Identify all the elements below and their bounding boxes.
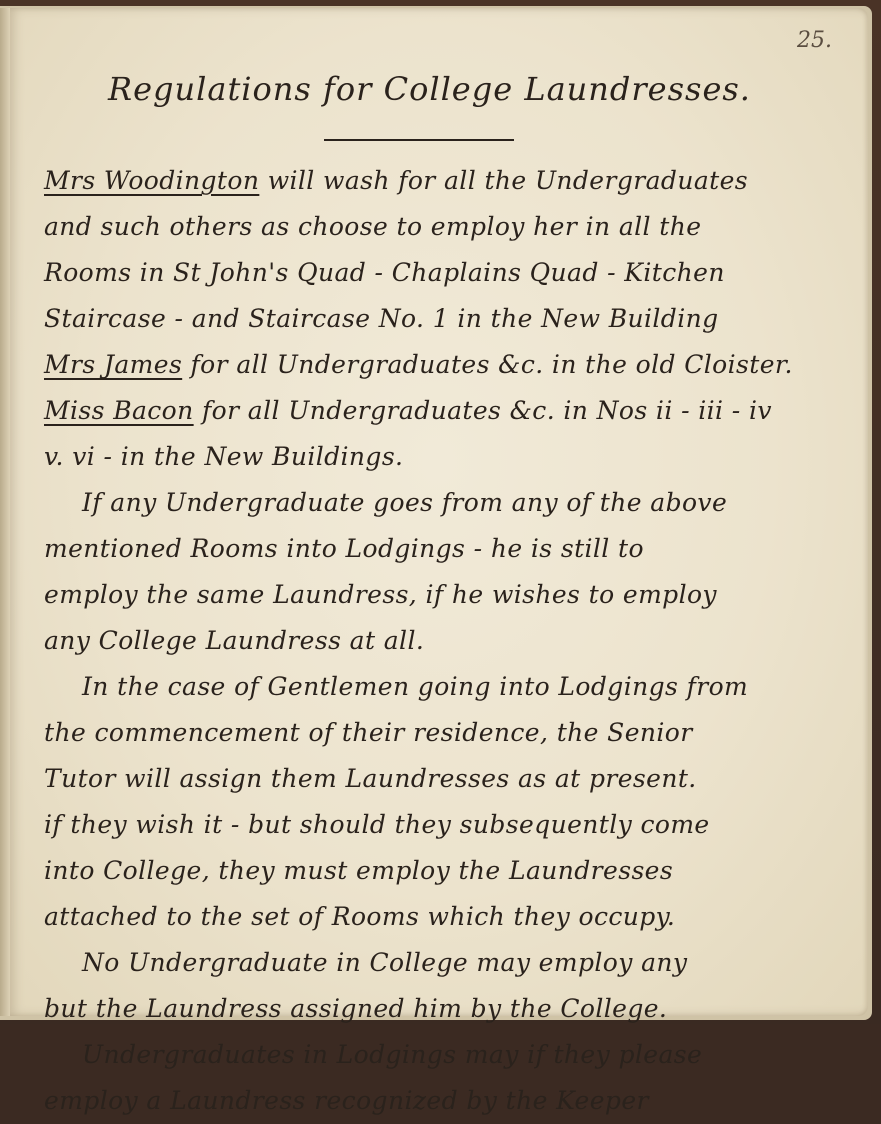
text-line: If any Undergraduate goes from any of th… xyxy=(44,480,874,526)
text-line: but the Laundress assigned him by the Co… xyxy=(44,986,874,1024)
text-line: the commencement of their residence, the… xyxy=(44,710,874,756)
title-underline xyxy=(324,139,514,141)
text-line: and such others as choose to employ her … xyxy=(44,204,874,250)
text-line: mentioned Rooms into Lodgings - he is st… xyxy=(44,526,874,572)
laundress-name: Miss Bacon xyxy=(44,396,194,425)
text-line: No Undergraduate in College may employ a… xyxy=(44,940,874,986)
book-scan: 25. Regulations for College Laundresses.… xyxy=(0,0,881,1024)
text-line: into College, they must employ the Laund… xyxy=(44,848,874,894)
laundress-name: Mrs Woodington xyxy=(44,166,259,195)
binding-gutter xyxy=(0,8,10,1016)
manuscript-body: Mrs Woodington will wash for all the Und… xyxy=(44,158,874,1024)
text-line: Rooms in St John's Quad - Chaplains Quad… xyxy=(44,250,874,296)
text-line: Staircase - and Staircase No. 1 in the N… xyxy=(44,296,874,342)
page-title: Regulations for College Laundresses. xyxy=(108,70,751,108)
text-line: if they wish it - but should they subseq… xyxy=(44,802,874,848)
text-line: v. vi - in the New Buildings. xyxy=(44,434,874,480)
text-line: Mrs Woodington will wash for all the Und… xyxy=(44,158,874,204)
text-line: In the case of Gentlemen going into Lodg… xyxy=(44,664,874,710)
text-line: Miss Bacon for all Undergraduates &c. in… xyxy=(44,388,874,434)
text-line: Tutor will assign them Laundresses as at… xyxy=(44,756,874,802)
manuscript-page: 25. Regulations for College Laundresses.… xyxy=(8,8,868,1016)
text-line: employ the same Laundress, if he wishes … xyxy=(44,572,874,618)
page-number: 25. xyxy=(797,28,832,53)
text-line: Mrs James for all Undergraduates &c. in … xyxy=(44,342,874,388)
text-line: any College Laundress at all. xyxy=(44,618,874,664)
laundress-name: Mrs James xyxy=(44,350,182,379)
text-line: attached to the set of Rooms which they … xyxy=(44,894,874,940)
